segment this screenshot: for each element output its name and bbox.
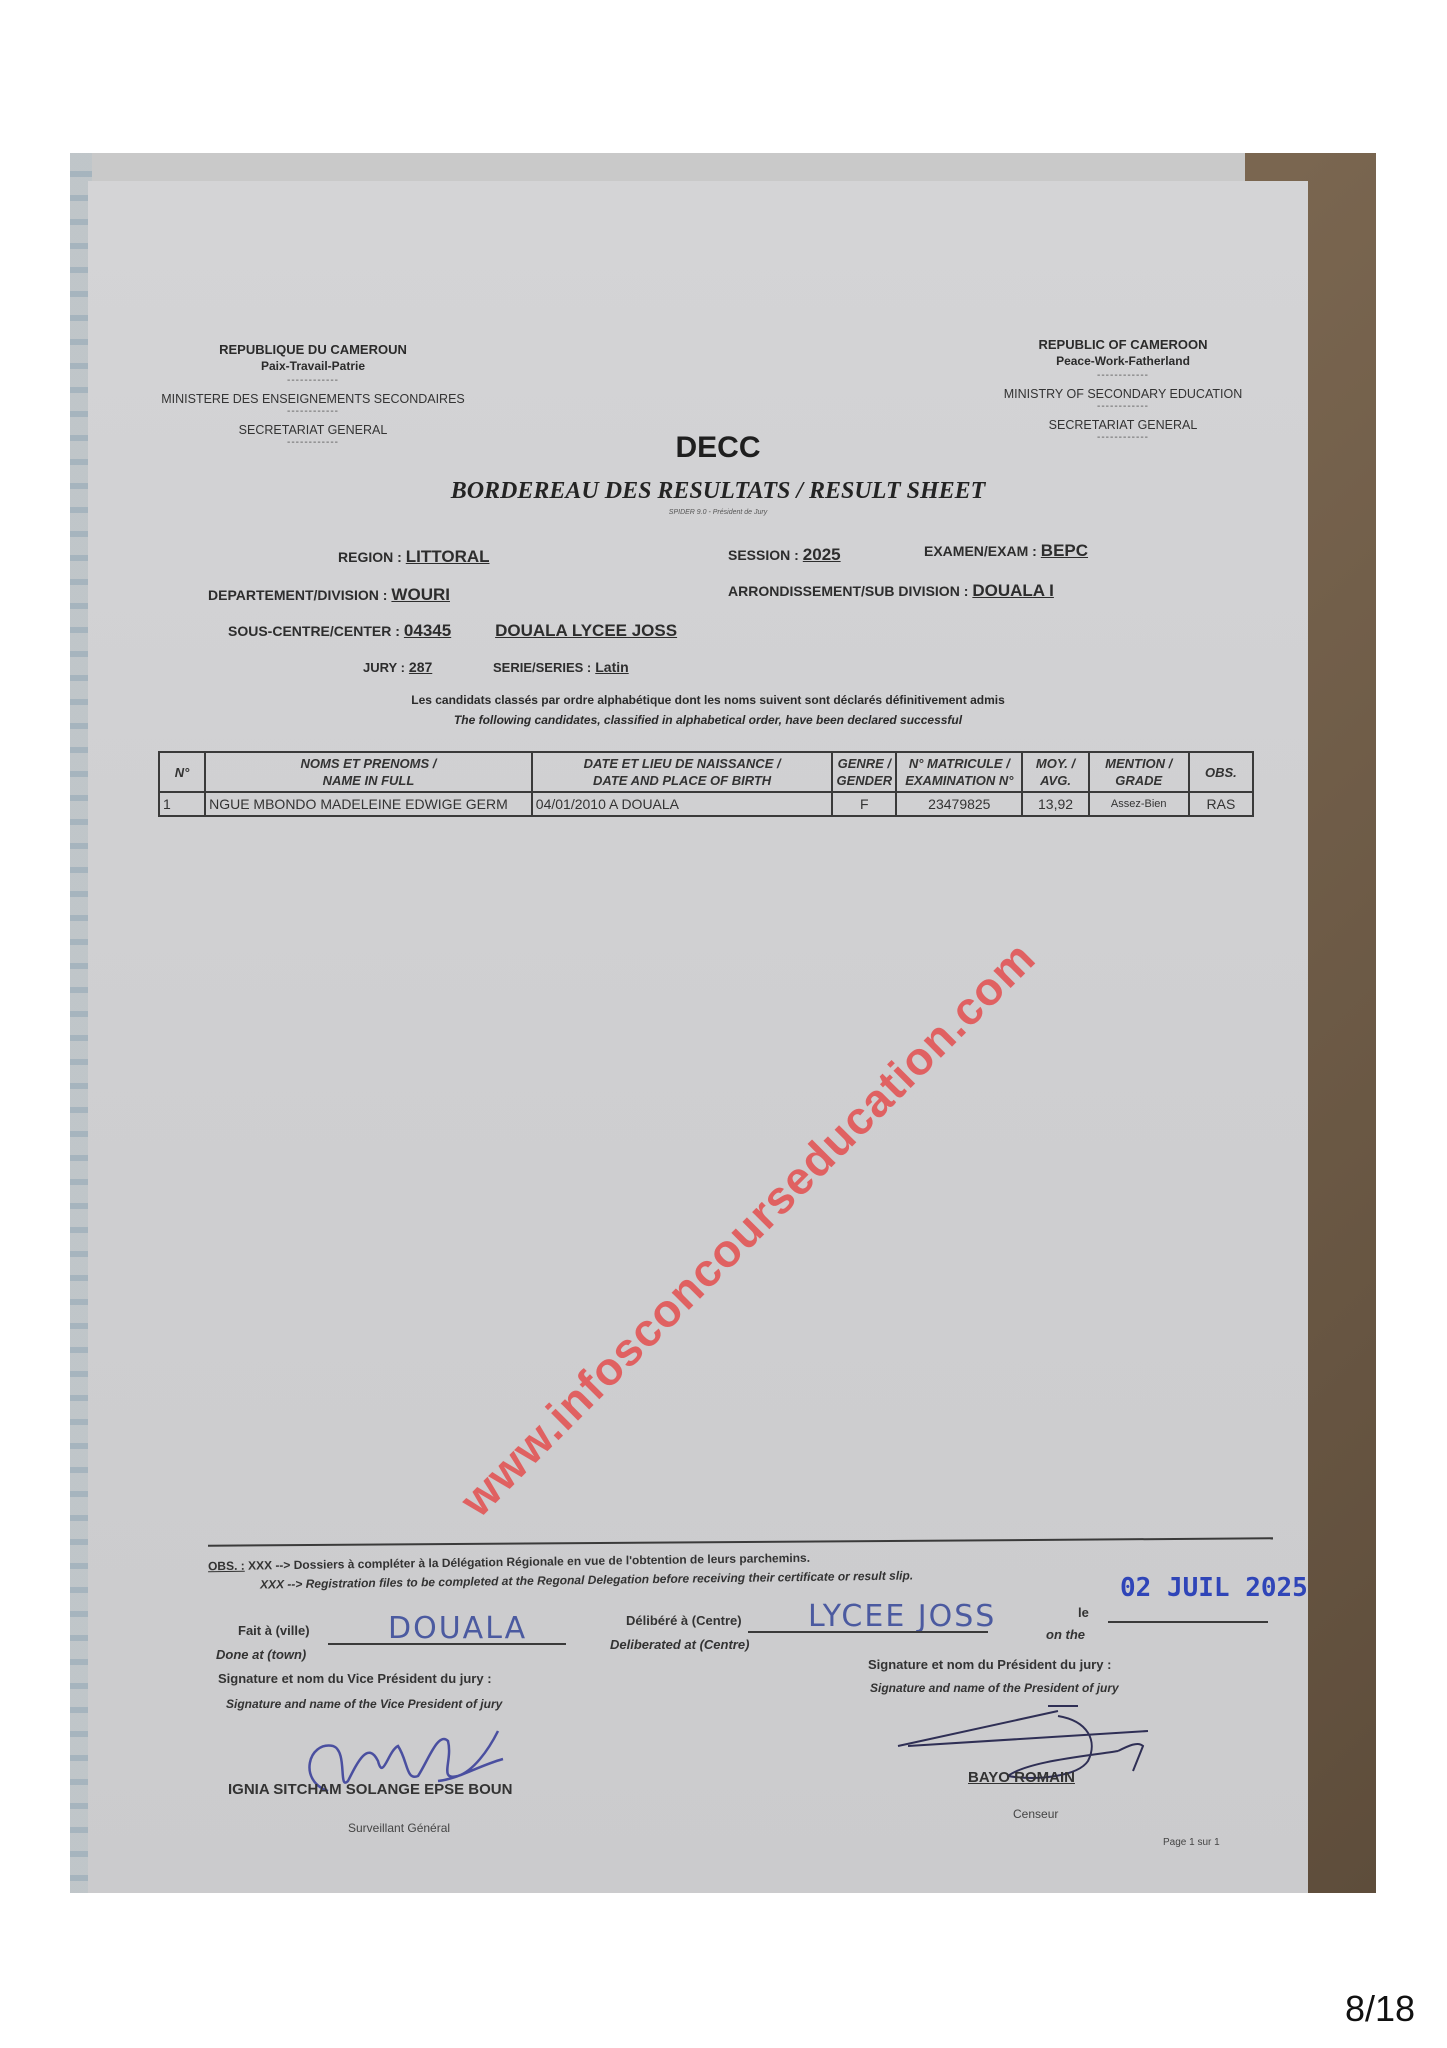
division-label: DEPARTEMENT/DIVISION : (208, 587, 387, 603)
done-at-label-en: Done at (town) (216, 1647, 306, 1662)
footer-divider (208, 1537, 1273, 1546)
date-stamp: 02 JUIL 2025 (1120, 1573, 1308, 1603)
done-at-value: DOUALA (388, 1611, 527, 1646)
obs-note-fr: OBS. : XXX --> Dossiers à compléter à la… (208, 1551, 810, 1573)
table-row: 1 NGUE MBONDO MADELEINE EDWIGE GERM 04/0… (159, 792, 1253, 816)
cell-obs: RAS (1189, 792, 1253, 816)
col-header-birth: DATE ET LIEU DE NAISSANCE /DATE AND PLAC… (532, 752, 833, 792)
motto-en: Peace-Work-Fatherland (968, 353, 1278, 370)
col-header-grade: MENTION /GRADE (1089, 752, 1189, 792)
center-name: DOUALA LYCEE JOSS (495, 621, 677, 640)
col-header-number: N° (159, 752, 205, 792)
col-header-name: NOMS ET PRENOMS /NAME IN FULL (205, 752, 532, 792)
exam-label: EXAMEN/EXAM : (924, 543, 1037, 559)
divider: ------------ (968, 370, 1278, 381)
division-value: WOURI (391, 585, 450, 604)
software-note: SPIDER 9.0 - Président de Jury (588, 509, 848, 516)
divider: ------------ (148, 406, 478, 417)
subdivision-value: DOUALA I (972, 581, 1054, 600)
center-label: SOUS-CENTRE/CENTER : (228, 623, 400, 639)
watermark: www.infosconcourseducation.com (449, 909, 1067, 1527)
obs-text-fr: XXX --> Dossiers à compléter à la Déléga… (248, 1551, 810, 1573)
session-value: 2025 (803, 545, 841, 564)
cell-birth: 04/01/2010 A DOUALA (532, 792, 833, 816)
exam-field: EXAMEN/EXAM :BEPC (924, 541, 1088, 561)
president-name: BAYO ROMAIN (968, 1769, 1075, 1786)
vice-president-role: Surveillant Général (348, 1821, 450, 1835)
org-title: DECC (588, 431, 848, 465)
col-header-gender: GENRE /GENDER (832, 752, 896, 792)
declaration-fr: Les candidats classés par ordre alphabét… (298, 693, 1118, 707)
obs-label: OBS. : (208, 1559, 245, 1574)
jury-label: JURY : (363, 660, 405, 675)
result-sheet-paper: REPUBLIQUE DU CAMEROUN Paix-Travail-Patr… (88, 181, 1308, 1893)
motto-fr: Paix-Travail-Patrie (148, 358, 478, 375)
table-header-row: N° NOMS ET PRENOMS /NAME IN FULL DATE ET… (159, 752, 1253, 792)
jury-value: 287 (409, 659, 432, 675)
cell-average: 13,92 (1022, 792, 1088, 816)
session-field: SESSION :2025 (728, 545, 841, 565)
cell-exam-number: 23479825 (896, 792, 1022, 816)
vice-president-label-fr: Signature et nom du Vice Président du ju… (218, 1671, 492, 1686)
deliberated-label-en: Deliberated at (Centre) (610, 1637, 749, 1652)
page-counter: 8/18 (1345, 1988, 1415, 2030)
divider: ------------ (968, 432, 1278, 443)
results-table: N° NOMS ET PRENOMS /NAME IN FULL DATE ET… (158, 751, 1254, 817)
center-field: SOUS-CENTRE/CENTER :04345 DOUALA LYCEE J… (228, 621, 677, 641)
deliberated-line (748, 1631, 988, 1633)
country-en: REPUBLIC OF CAMEROON (968, 336, 1278, 353)
header-left: REPUBLIQUE DU CAMEROUN Paix-Travail-Patr… (148, 341, 478, 448)
cell-grade: Assez-Bien (1089, 792, 1189, 816)
deliberated-label-fr: Délibéré à (Centre) (626, 1613, 742, 1628)
vice-president-label-en: Signature and name of the Vice President… (226, 1697, 502, 1711)
cell-gender: F (832, 792, 896, 816)
cell-number: 1 (159, 792, 205, 816)
deliberated-value: LYCEE JOSS (808, 1599, 996, 1634)
divider: ------------ (148, 437, 478, 448)
secretariat-en: SECRETARIAT GENERAL (968, 418, 1278, 432)
page-indicator: Page 1 sur 1 (1163, 1837, 1220, 1848)
secretariat-fr: SECRETARIAT GENERAL (148, 423, 478, 437)
col-header-exam-number: N° MATRICULE /EXAMINATION N° (896, 752, 1022, 792)
subdivision-label: ARRONDISSEMENT/SUB DIVISION : (728, 583, 968, 599)
jury-field: JURY :287 (363, 659, 432, 675)
subdivision-field: ARRONDISSEMENT/SUB DIVISION :DOUALA I (728, 581, 1054, 601)
cell-name: NGUE MBONDO MADELEINE EDWIGE GERM (205, 792, 532, 816)
document-photo: REPUBLIQUE DU CAMEROUN Paix-Travail-Patr… (70, 153, 1376, 1893)
divider: ------------ (148, 375, 478, 386)
done-at-line (328, 1643, 566, 1645)
series-field: SERIE/SERIES :Latin (493, 659, 629, 675)
series-label: SERIE/SERIES : (493, 660, 591, 675)
center-code: 04345 (404, 621, 451, 640)
country-fr: REPUBLIQUE DU CAMEROUN (148, 341, 478, 358)
series-value: Latin (595, 659, 628, 675)
vice-president-name: IGNIA SITCHAM SOLANGE EPSE BOUN (228, 1781, 512, 1798)
region-value: LITTORAL (406, 547, 490, 566)
document-title: BORDEREAU DES RESULTATS / RESULT SHEET (388, 478, 1048, 505)
president-role: Censeur (1013, 1807, 1058, 1821)
date-label-en: on the (1046, 1627, 1085, 1642)
header-right: REPUBLIC OF CAMEROON Peace-Work-Fatherla… (968, 336, 1278, 443)
president-label-fr: Signature et nom du Président du jury : (868, 1657, 1111, 1672)
exam-value: BEPC (1041, 541, 1088, 560)
col-header-obs: OBS. (1189, 752, 1253, 792)
date-label-fr: le (1078, 1605, 1089, 1620)
divider: ------------ (968, 401, 1278, 412)
col-header-average: MOY. /AVG. (1022, 752, 1088, 792)
region-label: REGION : (338, 549, 402, 565)
obs-note-en: XXX --> Registration files to be complet… (260, 1568, 913, 1591)
date-line (1108, 1621, 1268, 1623)
ministry-en: MINISTRY OF SECONDARY EDUCATION (968, 387, 1278, 401)
region-field: REGION :LITTORAL (338, 547, 490, 567)
ministry-fr: MINISTERE DES ENSEIGNEMENTS SECONDAIRES (148, 392, 478, 406)
session-label: SESSION : (728, 547, 799, 563)
done-at-label-fr: Fait à (ville) (238, 1623, 310, 1638)
declaration-en: The following candidates, classified in … (298, 713, 1118, 727)
division-field: DEPARTEMENT/DIVISION :WOURI (208, 585, 450, 605)
